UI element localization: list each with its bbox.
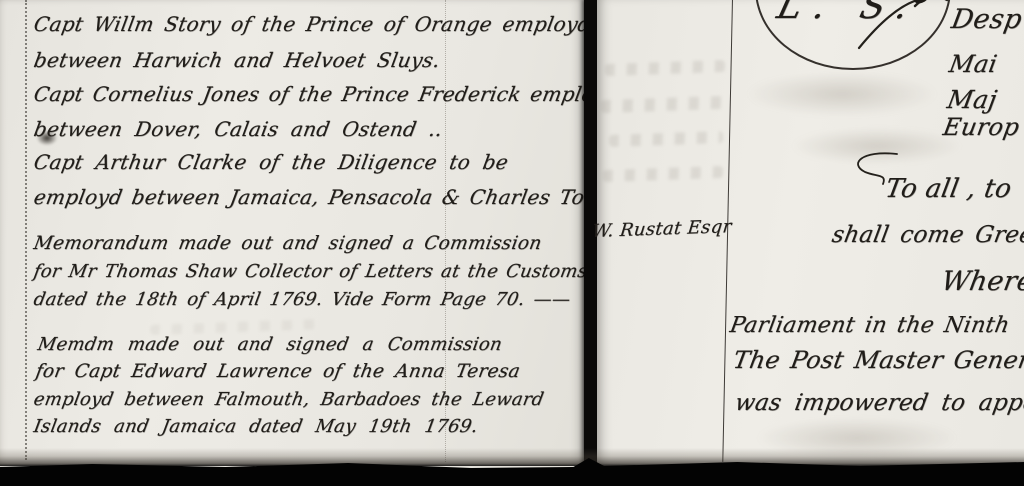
cut-off-word: Europ xyxy=(941,113,1022,141)
manuscript-line: Islands and Jamaica dated May 19th 1769. xyxy=(32,416,480,437)
document-scan: Capt Willm Story of the Prince of Orange… xyxy=(0,0,1024,486)
manuscript-line: Capt Cornelius Jones of the Prince Frede… xyxy=(32,82,621,106)
right-page: L. S. Desp Mai Maj Europ To all , to sha… xyxy=(597,0,1024,486)
manuscript-line: The Post Master General xyxy=(731,346,1024,374)
show-through-mark xyxy=(609,131,723,147)
show-through-mark xyxy=(150,319,320,335)
manuscript-line: Where xyxy=(939,266,1024,297)
page-gutter xyxy=(584,0,598,486)
manuscript-line: for Capt Edward Lawrence of the Anna Ter… xyxy=(34,361,522,382)
cut-off-word: Mai xyxy=(947,50,999,78)
show-through-mark xyxy=(605,60,725,76)
manuscript-line: between Harwich and Helvoet Sluys. xyxy=(32,48,442,72)
manuscript-line: Capt Arthur Clarke of the Diligence to b… xyxy=(32,150,510,174)
manuscript-line: for Mr Thomas Shaw Collector of Letters … xyxy=(32,261,589,282)
manuscript-line: was impowered to appo xyxy=(733,390,1024,416)
left-page: Capt Willm Story of the Prince of Orange… xyxy=(0,0,586,486)
left-margin-ruled-line xyxy=(25,0,27,460)
manuscript-line: Capt Willm Story of the Prince of Orange… xyxy=(32,12,593,36)
show-through-patch xyxy=(792,128,962,164)
seal-label: L. S. xyxy=(773,0,925,27)
manuscript-line: employd between Falmouth, Barbadoes the … xyxy=(32,389,546,410)
manuscript-line: shall come Greeting xyxy=(830,222,1024,248)
show-through-patch xyxy=(747,72,937,116)
show-through-mark xyxy=(601,96,723,113)
cut-off-word: Maj xyxy=(945,85,999,114)
scan-bottom-shadow xyxy=(0,448,1024,466)
manuscript-line: Memdm made out and signed a Commission xyxy=(36,334,504,355)
margin-annotation: W. Rustat Esqr xyxy=(591,216,733,242)
manuscript-line: Parliament in the Ninth xyxy=(728,313,1012,338)
manuscript-line: employd between Jamaica, Pensacola & Cha… xyxy=(32,185,624,209)
show-through-mark xyxy=(603,166,723,182)
cut-off-word: Desp xyxy=(949,4,1024,35)
manuscript-line: between Dover, Calais and Ostend .. xyxy=(32,117,445,141)
manuscript-line: dated the 18th of April 1769. Vide Form … xyxy=(32,289,572,310)
manuscript-line: Memorandum made out and signed a Commiss… xyxy=(32,233,543,254)
manuscript-line: To all , to xyxy=(883,174,1014,204)
